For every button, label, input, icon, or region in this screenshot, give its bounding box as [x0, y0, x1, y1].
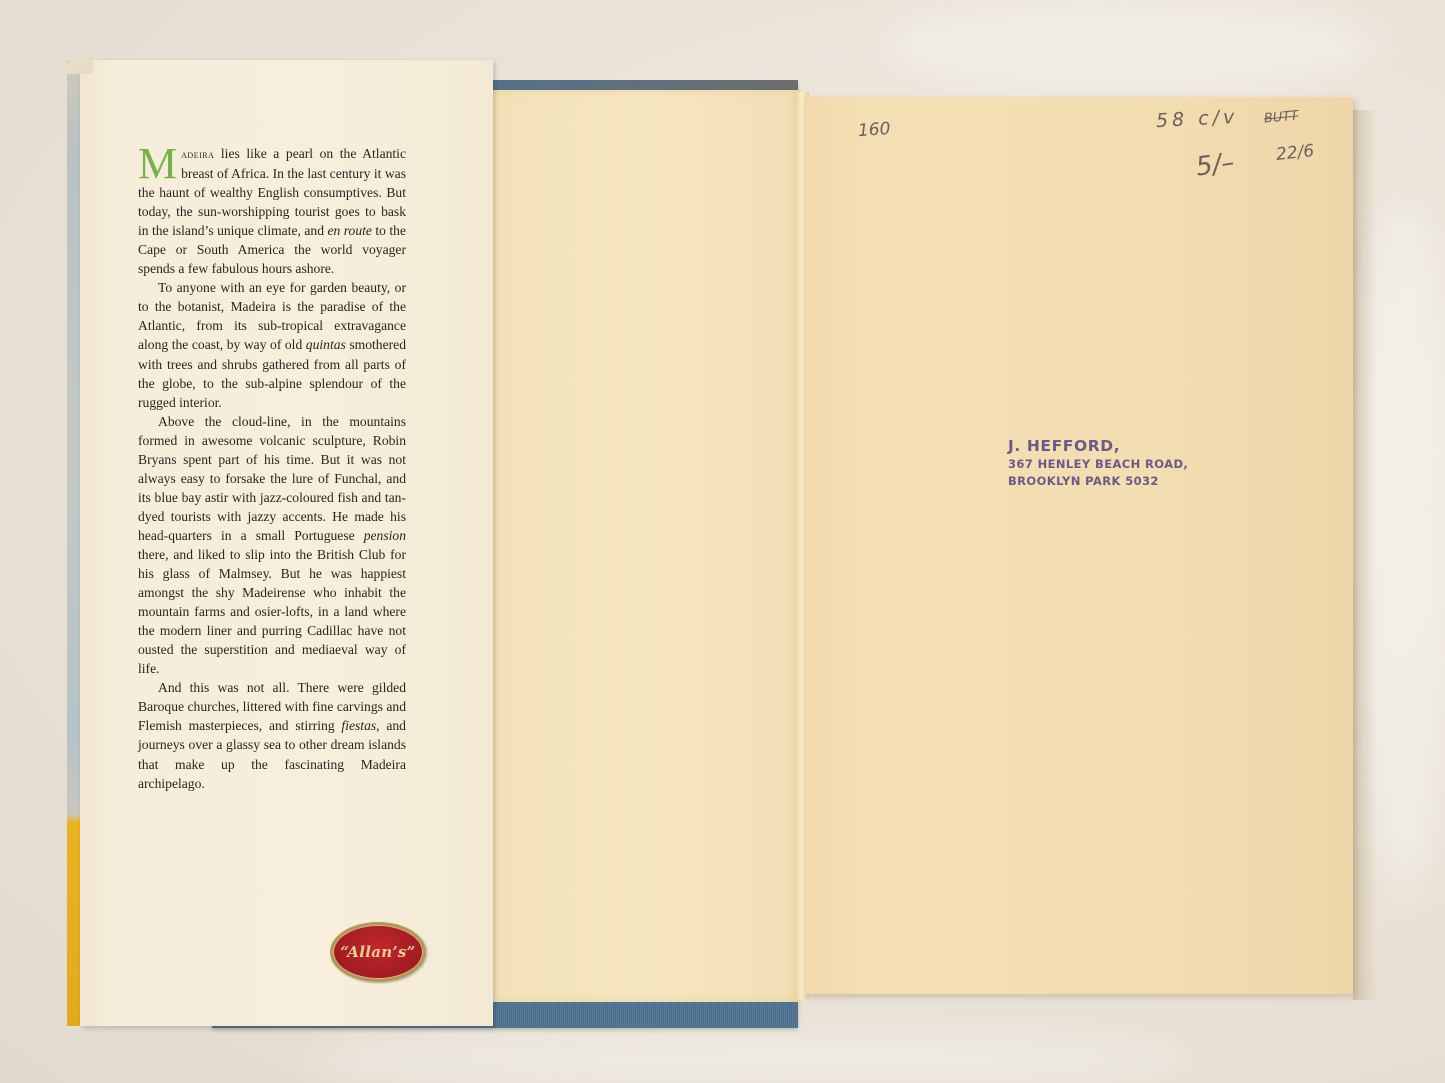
- board-top-edge: [492, 80, 798, 90]
- pencil-note-price: 5/–: [1194, 147, 1236, 182]
- free-endpaper-page: [805, 97, 1353, 994]
- text-run: there, and liked to slip into the Britis…: [138, 547, 406, 676]
- jacket-blurb: Madeira lies like a pearl on the Atlanti…: [138, 144, 406, 793]
- pencil-note-date: 22/6: [1275, 141, 1315, 165]
- pencil-note-struck: BUTT: [1263, 109, 1299, 127]
- stamp-address-line-2: BROOKLYN PARK 5032: [1008, 473, 1188, 490]
- italic-run: quintas: [306, 337, 346, 352]
- italic-run: fiestas: [341, 718, 376, 733]
- italic-run: pension: [364, 528, 406, 543]
- lead-smallcaps: adeira: [181, 147, 214, 161]
- stamp-address-line-1: 367 HENLEY BEACH ROAD,: [1008, 456, 1188, 473]
- pastedown-endpaper: [493, 90, 801, 1002]
- italic-run: en route: [327, 223, 371, 238]
- owner-stamp: J. HEFFORD, 367 HENLEY BEACH ROAD, BROOK…: [1008, 436, 1188, 490]
- page-shadow: [1353, 110, 1377, 1000]
- blurb-paragraph: Above the cloud-line, in the mountains f…: [138, 412, 406, 679]
- pencil-note-code: 58 c/v: [1155, 106, 1238, 132]
- cloth-fold-highlight: [300, 1030, 1200, 1083]
- bookseller-label-badge: “Allan’s”: [330, 922, 426, 982]
- blurb-paragraph: And this was not all. There were gilded …: [138, 678, 406, 792]
- pencil-note-number: 160: [857, 119, 891, 141]
- bookseller-label-text: “Allan’s”: [340, 943, 415, 961]
- jacket-corner: [67, 58, 93, 74]
- stamp-name: J. HEFFORD,: [1008, 436, 1188, 456]
- blurb-paragraph: To anyone with an eye for garden beauty,…: [138, 278, 406, 411]
- blurb-paragraph: Madeira lies like a pearl on the Atlanti…: [138, 144, 406, 278]
- cloth-fold-highlight: [880, 0, 1380, 90]
- dropcap-letter: M: [138, 146, 177, 182]
- text-run: Above the cloud-line, in the mountains f…: [138, 414, 406, 543]
